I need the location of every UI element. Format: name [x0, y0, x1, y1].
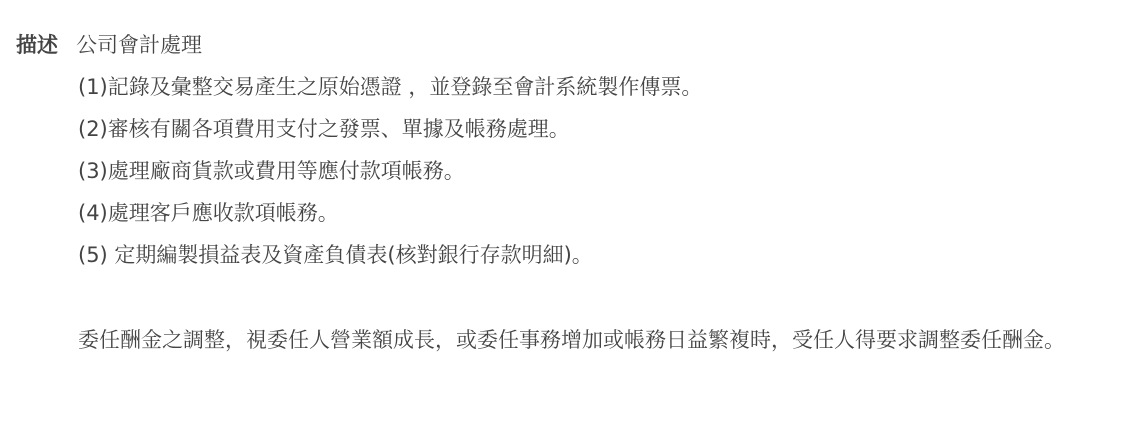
- duty-item: (3)處理廠商貨款或費用等應付款項帳務。: [78, 154, 1138, 196]
- duty-item: (5) 定期編製損益表及資產負債表(核對銀行存款明細)。: [78, 238, 1138, 280]
- description-section: 描述 公司會計處理 (1)記錄及彙整交易產生之原始憑證 ，並登錄至會計系統製作傳…: [16, 28, 1142, 362]
- duty-item: (4)處理客戶應收款項帳務。: [78, 196, 1138, 238]
- description-title: 公司會計處理: [76, 28, 1138, 62]
- description-label: 描述: [16, 28, 76, 62]
- duty-list: (1)記錄及彙整交易產生之原始憑證 ，並登錄至會計系統製作傳票。 (2)審核有關…: [76, 70, 1138, 280]
- compensation-note: 委任酬金之調整，視委任人營業額成長，或委任事務增加或帳務日益繁複時，受任人得要求…: [76, 318, 1138, 362]
- description-content: 公司會計處理 (1)記錄及彙整交易產生之原始憑證 ，並登錄至會計系統製作傳票。 …: [76, 28, 1138, 362]
- duty-item: (1)記錄及彙整交易產生之原始憑證 ，並登錄至會計系統製作傳票。: [78, 70, 1138, 112]
- duty-item: (2)審核有關各項費用支付之發票、單據及帳務處理。: [78, 112, 1138, 154]
